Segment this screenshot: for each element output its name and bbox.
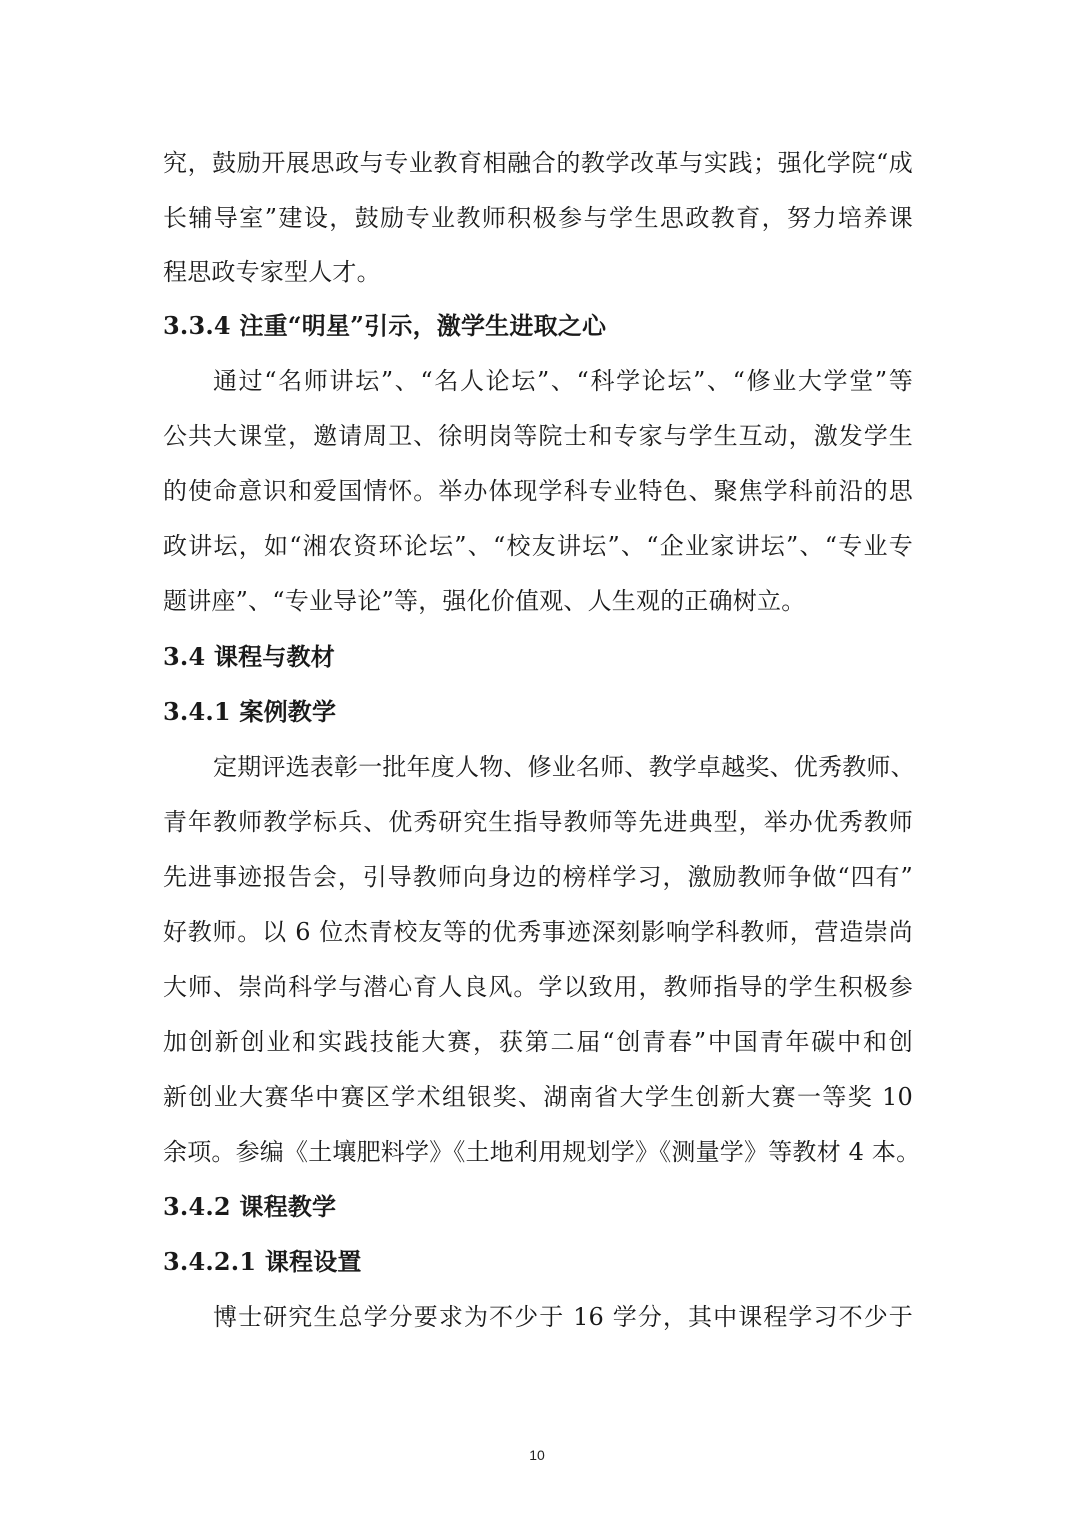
body-text-line: 公共大课堂，邀请周卫、徐明岗等院士和专家与学生互动，激发学生 [163,419,913,453]
body-text-line: 的使命意识和爱国情怀。举办体现学科专业特色、聚焦学科前沿的思 [163,474,913,508]
body-text-line: 博士研究生总学分要求为不少于 16 学分，其中课程学习不少于 [213,1300,913,1334]
body-text-line: 通过“名师讲坛”、“名人论坛”、“科学论坛”、“修业大学堂”等 [213,364,913,398]
body-text-line: 题讲座”、“专业导论”等，强化价值观、人生观的正确树立。 [163,584,913,618]
body-text-line: 定期评选表彰一批年度人物、修业名师、教学卓越奖、优秀教师、 [213,750,913,784]
body-text-line: 程思政专家型人才。 [163,255,913,289]
body-text-line: 加创新创业和实践技能大赛，获第二届“创青春”中国青年碳中和创 [163,1025,913,1059]
body-text-line: 政讲坛，如“湘农资环论坛”、“校友讲坛”、“企业家讲坛”、“专业专 [163,529,913,563]
section-heading-3-4-1: 3.4.1 案例教学 [163,695,913,729]
body-text-line: 余项。参编《土壤肥料学》《土地利用规划学》《测量学》等教材 4 本。 [163,1135,913,1169]
body-text-line: 新创业大赛华中赛区学术组银奖、湖南省大学生创新大赛一等奖 10 [163,1080,913,1114]
body-text-line: 先进事迹报告会，引导教师向身边的榜样学习，激励教师争做“四有” [163,860,913,894]
body-text-line: 长辅导室”建设，鼓励专业教师积极参与学生思政教育，努力培养课 [163,201,913,235]
section-heading-3-4-2: 3.4.2 课程教学 [163,1190,913,1224]
body-text-line: 青年教师教学标兵、优秀研究生指导教师等先进典型，举办优秀教师 [163,805,913,839]
section-heading-3-4: 3.4 课程与教材 [163,640,913,674]
page-number: 10 [0,1447,1074,1463]
body-text-line: 大师、崇尚科学与潜心育人良风。学以致用，教师指导的学生积极参 [163,970,913,1004]
section-heading-3-4-2-1: 3.4.2.1 课程设置 [163,1245,913,1279]
body-text-line: 究，鼓励开展思政与专业教育相融合的教学改革与实践；强化学院“成 [163,146,913,180]
body-text-line: 好教师。以 6 位杰青校友等的优秀事迹深刻影响学科教师，营造崇尚 [163,915,913,949]
document-page: 究，鼓励开展思政与专业教育相融合的教学改革与实践；强化学院“成 长辅导室”建设，… [0,0,1074,1520]
section-heading-3-3-4: 3.3.4 注重“明星”引示，激学生进取之心 [163,309,913,343]
